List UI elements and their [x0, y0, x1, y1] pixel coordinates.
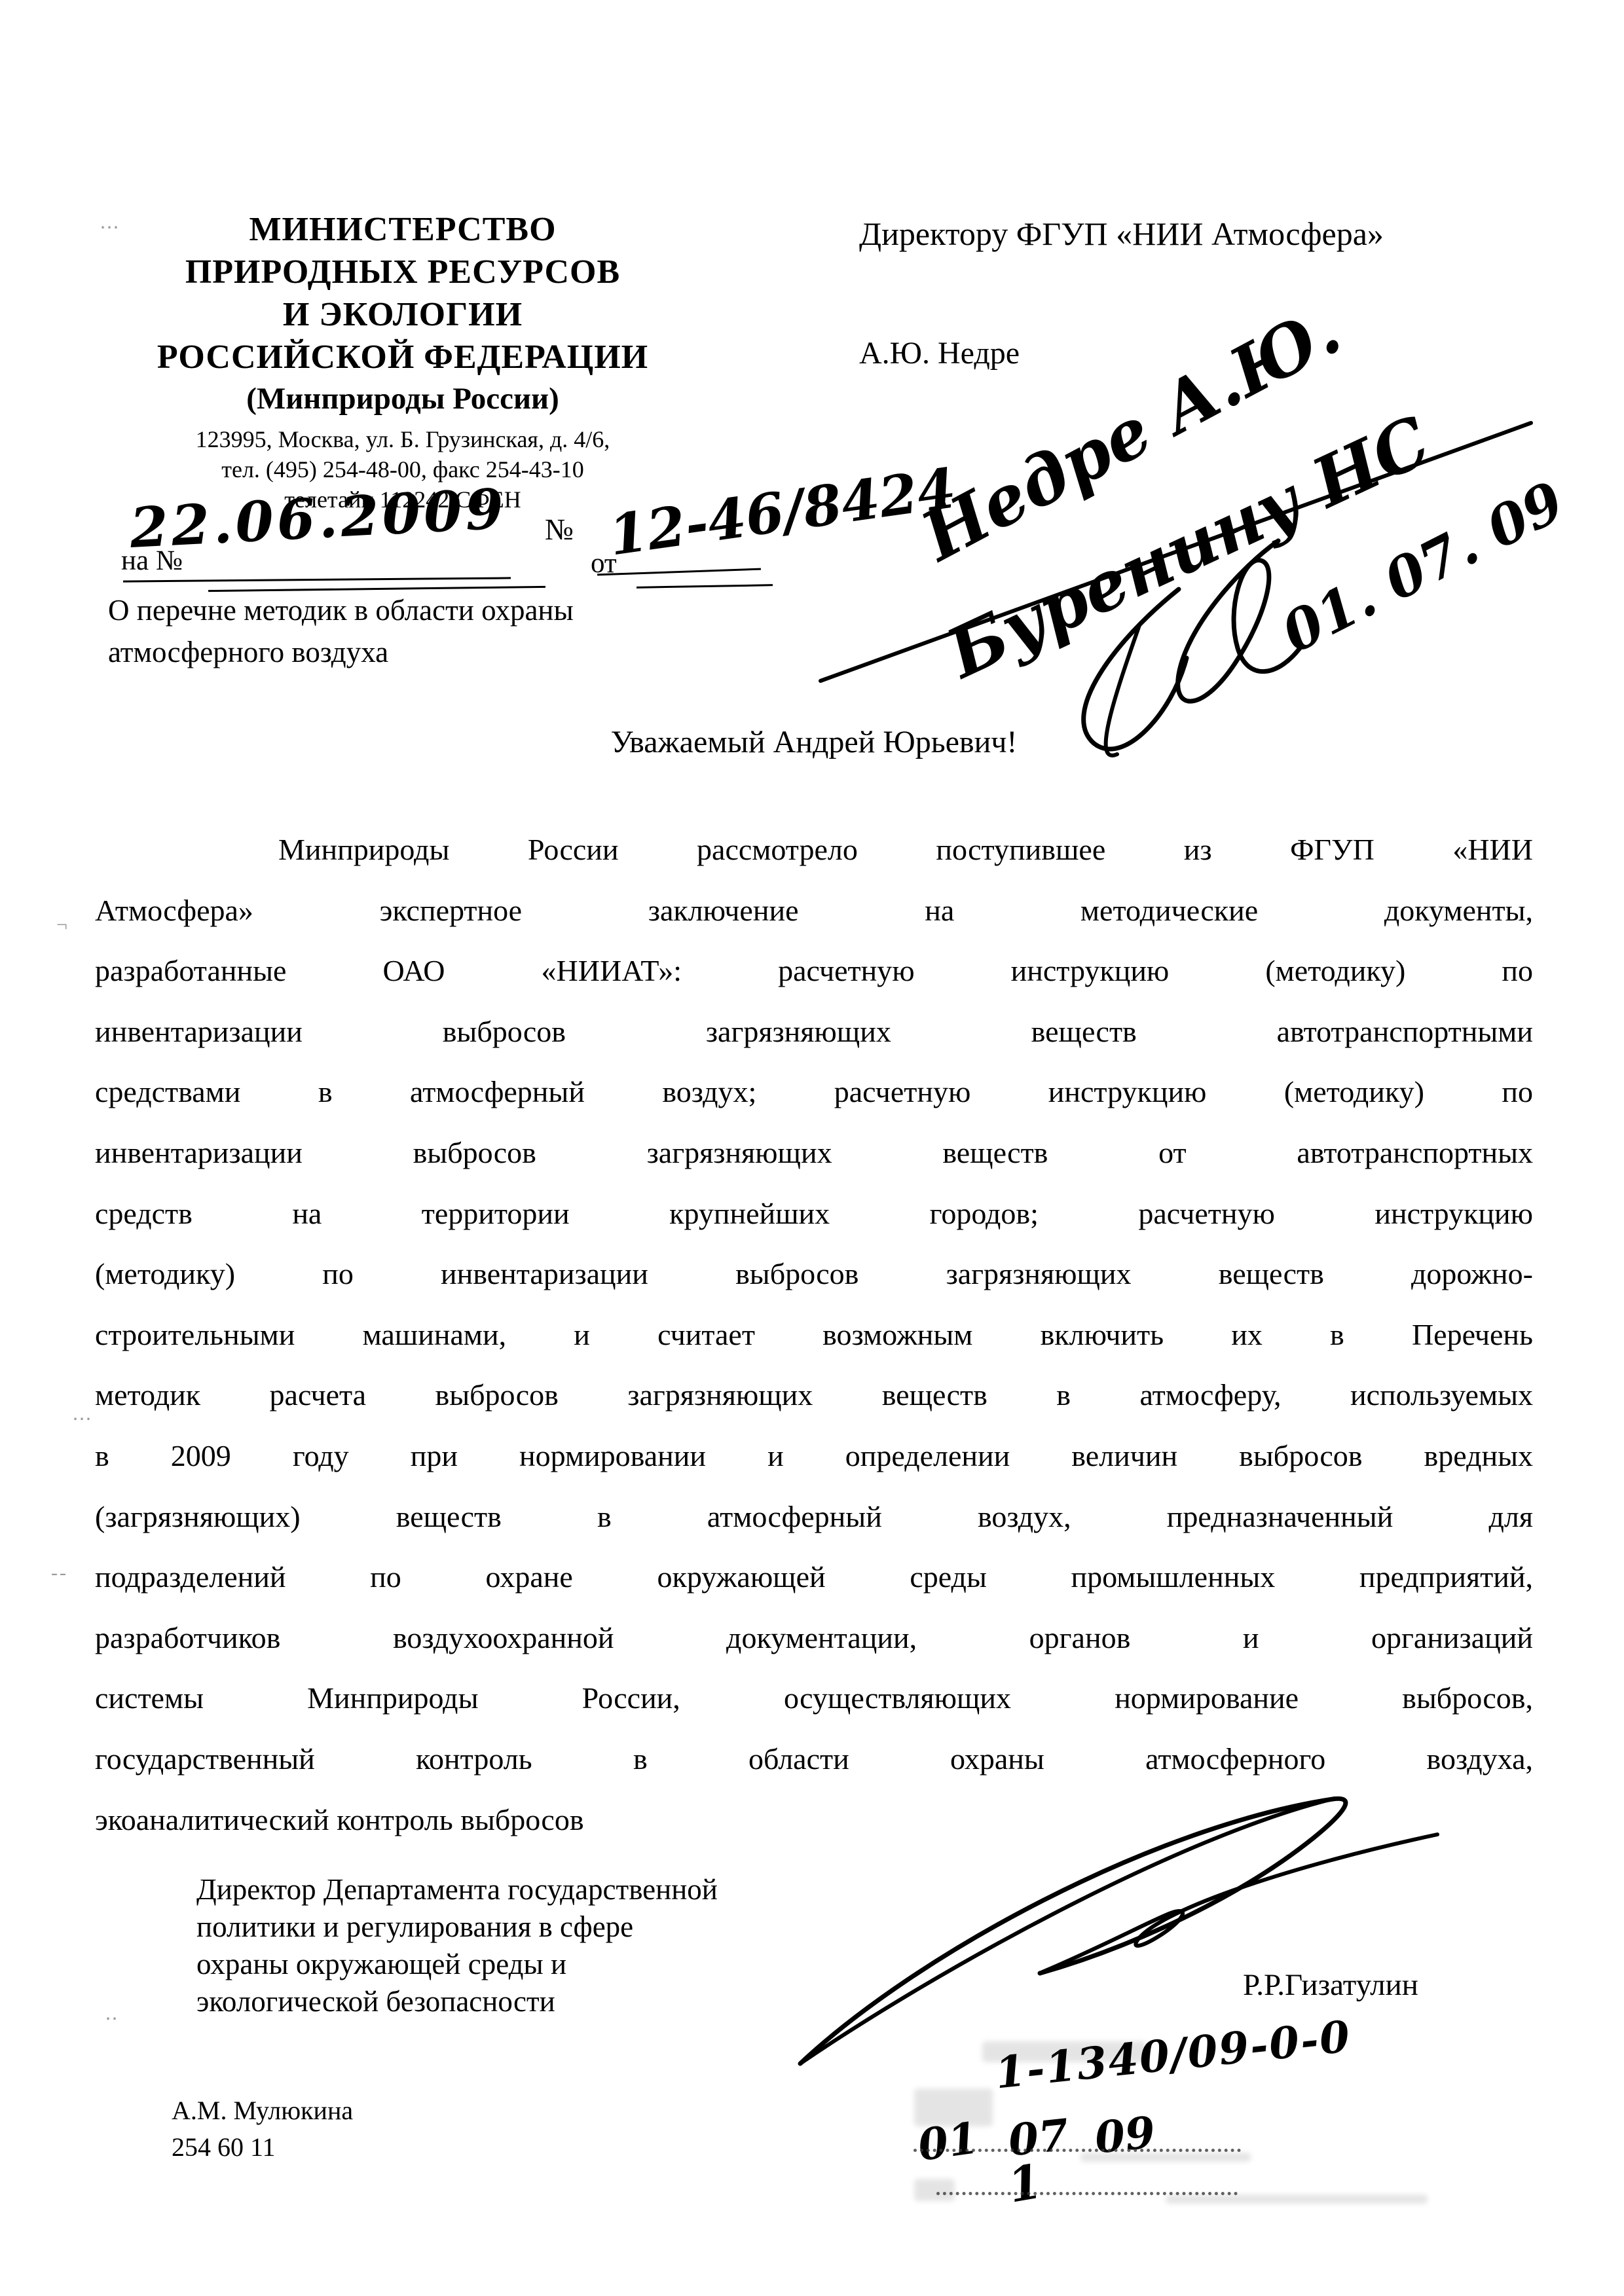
resolution-diagonal-stroke	[821, 423, 1531, 681]
resolution-signature	[1084, 589, 1187, 749]
resolution-signature	[1178, 541, 1300, 701]
director-signature	[800, 1798, 1346, 2064]
scanned-letter-page: ⋯ ¬ ⋯ -- ‥ МИНИСТЕРСТВО ПРИРОДНЫХ РЕСУРС…	[0, 0, 1624, 2296]
director-signature	[800, 1798, 1335, 2064]
ink-overlay	[0, 0, 1624, 2296]
